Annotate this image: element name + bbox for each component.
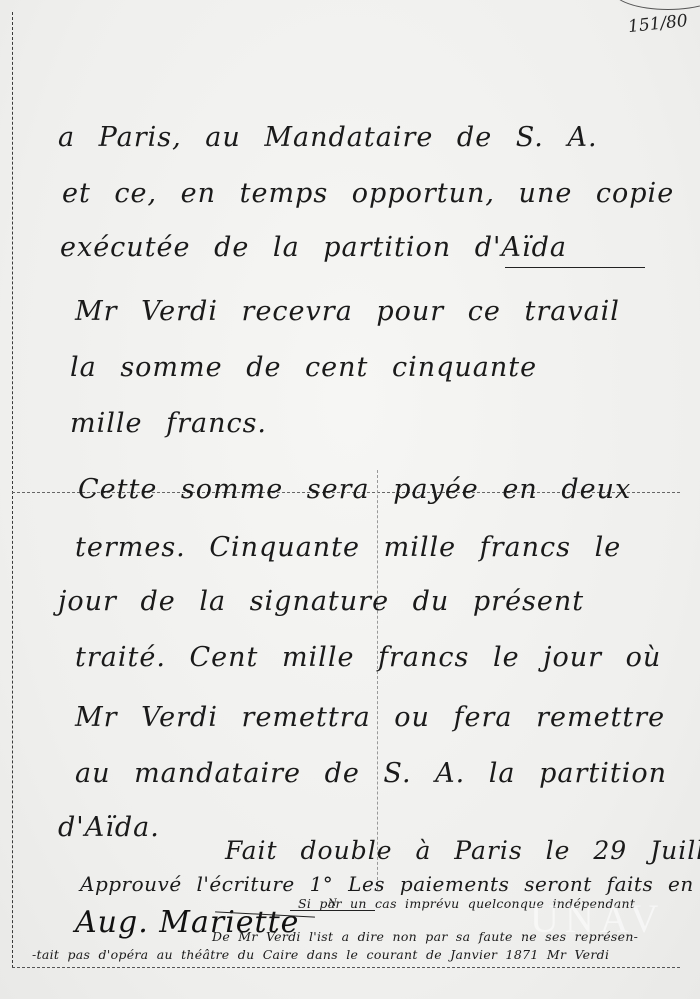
underline-footnote: [290, 910, 375, 911]
text-line-13: d'Aïda.: [58, 812, 160, 843]
text-line-11: Mr Verdi remettra ou fera remettre: [75, 702, 665, 733]
page-border-left: [12, 12, 13, 968]
closing-line: Fait double à Paris le 29 Juillet: [225, 836, 700, 865]
text-line-3: exécutée de la partition d'Aïda: [60, 232, 567, 263]
text-line-10: traité. Cent mille francs le jour où: [75, 642, 661, 673]
folio-number: 151/80: [627, 11, 689, 37]
manuscript-page: 151/80 a Paris, au Mandataire de S. A. e…: [0, 0, 700, 999]
approval-line: Approuvé l'écriture 1° Les paiements ser…: [80, 872, 700, 896]
text-line-4: Mr Verdi recevra pour ce travail: [75, 296, 620, 327]
watermark: UNAV: [530, 895, 664, 942]
page-border-bottom: [12, 967, 680, 968]
text-line-7: Cette somme sera payée en deux: [78, 474, 631, 505]
text-line-6: mille francs.: [70, 408, 267, 439]
text-line-1: a Paris, au Mandataire de S. A.: [58, 122, 598, 153]
footnote-line-3: -tait pas d'opéra au théâtre du Caire da…: [32, 947, 609, 962]
text-line-12: au mandataire de S. A. la partition: [75, 758, 667, 789]
text-line-2: et ce, en temps opportun, une copie: [62, 178, 674, 209]
underline-aida: [505, 267, 645, 268]
archive-stamp: [612, 0, 700, 10]
text-line-5: la somme de cent cinquante: [70, 352, 537, 383]
text-line-8: termes. Cinquante mille francs le: [75, 532, 621, 563]
text-line-9: jour de la signature du présent: [58, 586, 584, 617]
